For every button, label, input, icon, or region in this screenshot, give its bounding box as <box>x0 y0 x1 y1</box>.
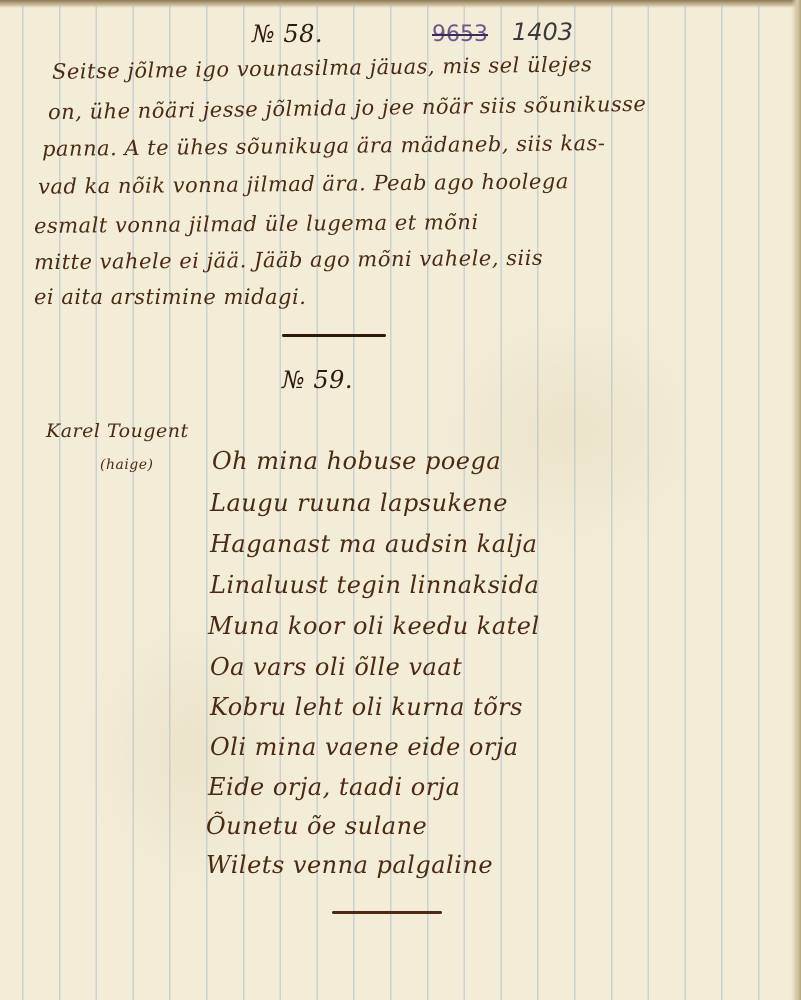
verse-line: Oa vars oli õlle vaat <box>210 653 462 681</box>
verse-line: Linaluust tegin linnaksida <box>210 571 539 599</box>
prose-line: ei aita arstimine midagi. <box>34 285 306 309</box>
paper-stain <box>420 300 720 560</box>
archive-number-new: 1403 <box>512 18 573 46</box>
prose-line: panna. A te ühes sõunikuga ära mädaneb, … <box>42 131 606 161</box>
author-name: Karel Tougent <box>46 420 189 442</box>
author-note: (haige) <box>100 457 154 473</box>
section-divider <box>332 911 442 914</box>
verse-line: Oli mina vaene eide orja <box>210 733 519 761</box>
entry-number-58: № 58. <box>252 20 323 48</box>
verse-line: Muna koor oli keedu katel <box>208 612 540 640</box>
prose-line: esmalt vonna jilmad üle lugema et mõni <box>34 210 479 238</box>
prose-line: Seitse jõlme igo vounasilma jäuas, mis s… <box>52 52 593 84</box>
verse-line: Õunetu õe sulane <box>206 812 427 840</box>
prose-line: mitte vahele ei jää. Jääb ago mõni vahel… <box>34 246 543 274</box>
verse-line: Oh mina hobuse poega <box>212 447 501 475</box>
archive-number-old: 9653 <box>432 22 488 47</box>
verse-line: Haganast ma audsin kalja <box>210 530 537 558</box>
prose-line: vad ka nõik vonna jilmad ära. Peab ago h… <box>38 169 569 199</box>
entry-number-59: № 59. <box>282 366 353 394</box>
verse-line: Kobru leht oli kurna tõrs <box>210 693 523 721</box>
section-divider <box>282 334 386 337</box>
manuscript-page: № 58. 9653 1403 Seitse jõlme igo vounasi… <box>0 0 801 1000</box>
verse-line: Wilets venna palgaline <box>206 851 493 879</box>
prose-line: on, ühe nõäri jesse jõlmida jo jee nõär … <box>48 92 647 124</box>
verse-line: Laugu ruuna lapsukene <box>210 489 508 517</box>
verse-line: Eide orja, taadi orja <box>208 773 460 801</box>
